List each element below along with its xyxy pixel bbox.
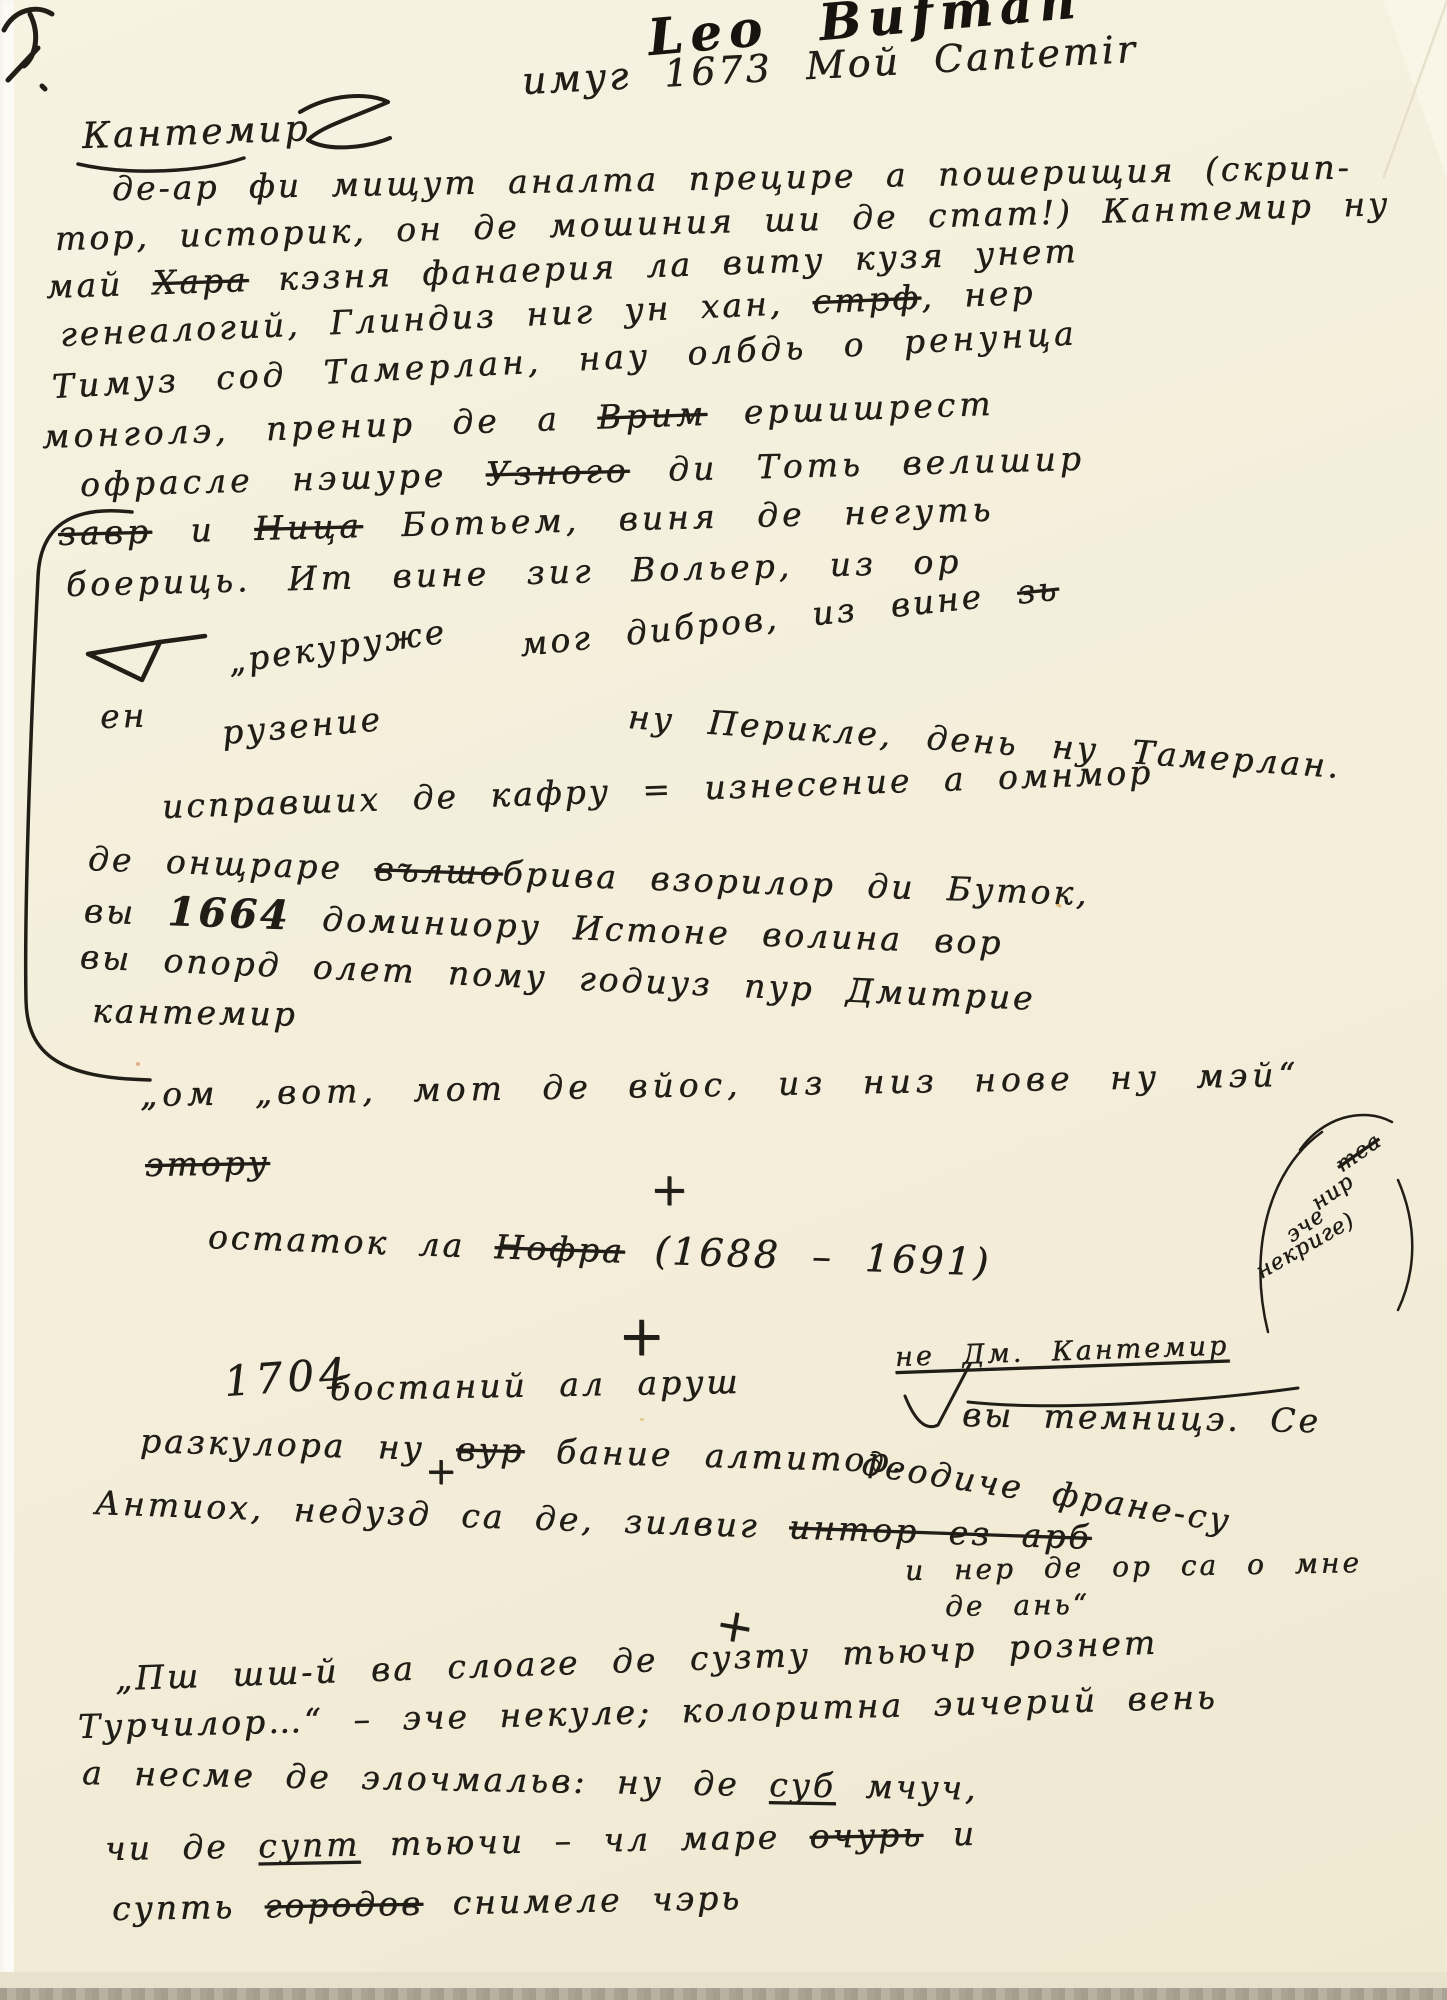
body-line-text: брива взорилор ди Буток,	[502, 853, 1090, 912]
body-line: завр и Ница Ботьем, виня де негуть	[58, 492, 995, 551]
body-line-text: рузение	[220, 699, 384, 752]
body-line-text	[624, 1232, 655, 1272]
paper-corner-crease	[1383, 0, 1447, 178]
body-line-text: зь	[1015, 568, 1061, 611]
body-line: бостаний ал аруш	[330, 1365, 741, 1407]
body-line: де ань“	[945, 1589, 1090, 1621]
body-line-text: 1664	[167, 888, 292, 939]
body-line: Антиох, недузд са де, зилвиг интор ез ар…	[94, 1486, 1092, 1555]
body-line-text: вы темницэ. Се	[962, 1395, 1322, 1440]
margin-note-word-text: теа	[1331, 1129, 1386, 1178]
body-line-text: Ница	[254, 506, 364, 548]
body-line-text: бостаний ал аруш	[330, 1362, 741, 1408]
body-line-text: „рекуруже	[225, 611, 449, 680]
body-line-text: де ань“	[945, 1587, 1090, 1623]
body-line-text: кантемир	[92, 991, 298, 1034]
body-line-text: бание алтитор.	[524, 1431, 905, 1480]
quote-line: „ом „вот, мот де вйос, из низ нове ну мэ…	[140, 1058, 1301, 1113]
body-line-text: , нер	[920, 272, 1036, 316]
body-line-text: вур	[456, 1429, 525, 1470]
body-line: и нер де ор са о мне	[905, 1548, 1362, 1585]
flourish-z	[300, 96, 390, 147]
body-line-text: исправших де кафру = изнесение а омнмор	[161, 752, 1153, 826]
body-line-text: Хара	[152, 260, 249, 302]
body-line: кантемир	[92, 994, 298, 1032]
paper-speck	[136, 1062, 140, 1066]
body-line-text: ен	[99, 695, 148, 736]
body-line: исправших де кафру = изнесение а омнмор	[161, 755, 1153, 824]
plus-mark: +	[425, 1452, 457, 1492]
insertion-check-mark	[905, 1364, 970, 1427]
plus-mark-text: +	[618, 1304, 665, 1369]
body-line-text: Нофра	[494, 1227, 626, 1271]
arrow-mark	[88, 636, 205, 680]
body-line: рузение	[220, 702, 384, 751]
body-line-text: (1688 – 1691)	[654, 1229, 993, 1285]
body-line-text: монголэ, пренир де а	[41, 398, 598, 456]
body-line-text: чи де	[105, 1826, 259, 1868]
paper-bottom-band	[0, 1972, 1447, 1988]
body-line-text: ди Тоть велишир	[629, 439, 1085, 490]
body-line: а несме де элочмальв: ну де суб мчуч,	[82, 1756, 979, 1806]
body-line: вы темницэ. Се	[962, 1398, 1322, 1439]
body-line-text: ершишрест	[706, 384, 995, 433]
body-line-text: де онщраре	[87, 839, 375, 888]
body-line-text: тьючи – чл маре	[360, 1817, 810, 1864]
page-title-text: Кантемир	[81, 108, 311, 157]
body-line-text: очурь	[809, 1815, 923, 1856]
body-line-text: Узного	[485, 451, 630, 494]
body-line: чи де супт тьючи – чл маре очурь и	[105, 1817, 978, 1867]
body-line: супть городов снимеле чэрь	[112, 1881, 743, 1927]
quote-line-text: „ом „вот, мот де вйос, из низ нове ну мэ…	[140, 1055, 1301, 1114]
superscript-insertion: не Дм. Кантемир	[895, 1332, 1230, 1372]
body-line-text: а несме де элочмальв: ну де	[82, 1753, 770, 1804]
struck-word: этору	[145, 1146, 271, 1183]
body-line-text: супт	[258, 1825, 361, 1866]
paper-speck	[640, 1418, 644, 1421]
page-title: Кантемир	[81, 110, 311, 156]
superscript-insertion-text: не Дм. Кантемир	[894, 1330, 1229, 1373]
plus-mark: +	[650, 1165, 689, 1213]
body-line: разкулора ну вур бание алтитор.	[140, 1424, 906, 1479]
body-line-text: май	[45, 263, 153, 306]
scan-bottom-edge	[0, 1988, 1447, 2000]
body-line-text: и нер де ор са о мне	[905, 1546, 1362, 1587]
paper-left-edge	[0, 0, 14, 2000]
body-line-text: завр	[57, 512, 152, 553]
body-line-text: мчуч,	[836, 1766, 979, 1807]
body-line-text: и	[151, 509, 254, 551]
body-line-text: разкулора ну	[140, 1421, 457, 1468]
body-line-text: интор ез арб	[788, 1507, 1092, 1557]
body-line-text: суб	[769, 1765, 836, 1805]
body-line: „рекуруже	[226, 614, 450, 679]
body-line-text: городов	[264, 1884, 423, 1926]
plus-mark-text: +	[425, 1449, 457, 1493]
body-line-text: супть	[112, 1886, 265, 1928]
body-line-text: вы	[83, 891, 168, 933]
body-line-text: Врим	[597, 394, 708, 437]
body-line-text: стрф	[812, 277, 922, 321]
body-line: ен	[99, 698, 147, 734]
struck-word-text: этору	[145, 1143, 271, 1184]
body-line-text: остаток ла	[207, 1217, 495, 1266]
body-line-text: снимеле чэрь	[423, 1878, 743, 1923]
plus-mark-text: +	[650, 1162, 689, 1216]
manuscript-page: Leo Bufmanимуг 1673 Мой CantemirКантемир…	[0, 0, 1447, 2000]
margin-note-word: теа	[1331, 1129, 1385, 1177]
plus-mark: +	[618, 1308, 665, 1367]
body-line-text: вълшо	[374, 849, 504, 892]
body-line-text: Ботьем, виня де негуть	[362, 489, 994, 545]
body-line-text: и	[923, 1814, 977, 1854]
body-line: остаток ла Нофра (1688 – 1691)	[207, 1216, 992, 1283]
body-line-text: офрасле нэшуре	[79, 454, 486, 504]
